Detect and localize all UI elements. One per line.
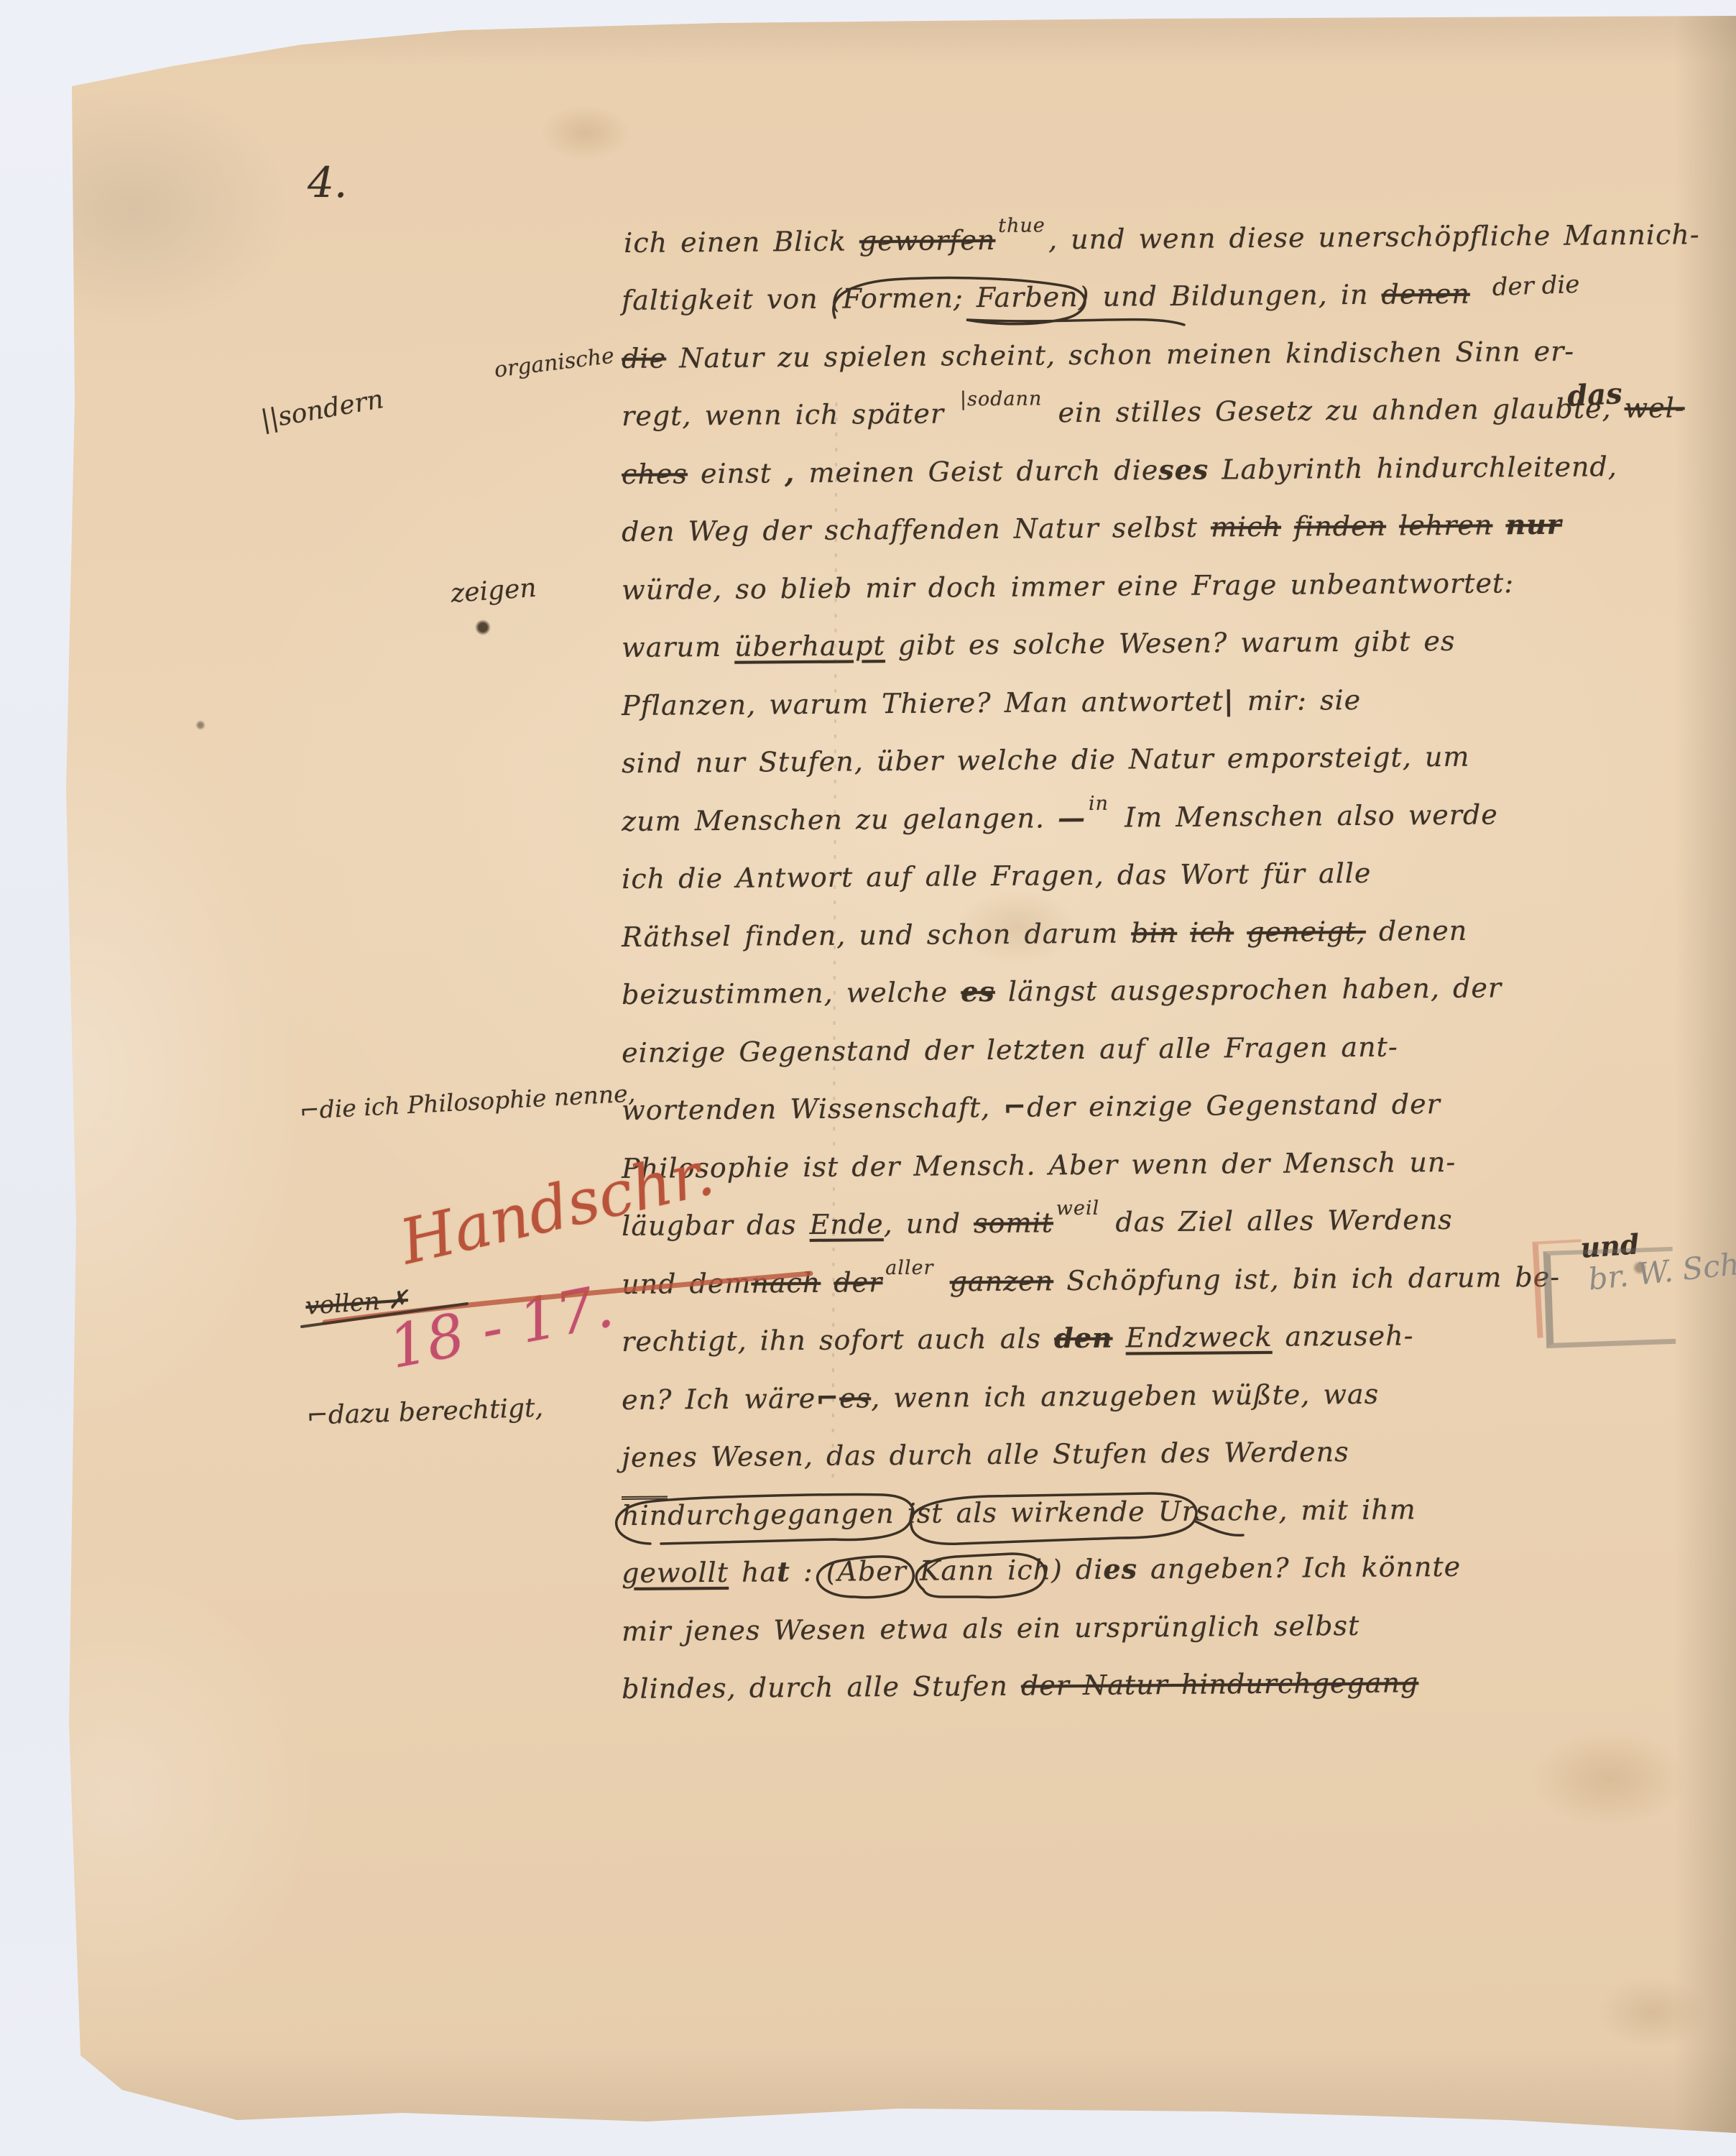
marked-text: hin (622, 1496, 668, 1531)
handwritten-text: den Weg der schaffenden Natur selbst (622, 512, 1211, 548)
handwritten-text (1281, 511, 1294, 543)
handwritten-text: sind nur Stufen, über welche die Natur e… (622, 741, 1470, 779)
manuscript-line-7: würde, so blieb mir doch immer eine Frag… (622, 564, 1514, 609)
struck-text: wel- (1624, 392, 1684, 424)
margin-insertion-zeigen: zeigen (450, 573, 537, 609)
handwritten-text (936, 1266, 949, 1297)
handwritten-text: Philosophie ist der Mensch. Aber wenn de… (622, 1146, 1456, 1184)
handwritten-text: regt, wenn ich später (622, 397, 957, 432)
manuscript-line-8: warum überhaupt gibt es solche Wesen? wa… (622, 622, 1456, 666)
manuscript-line-11: zum Menschen zu gelangen. —in Im Mensche… (622, 796, 1498, 844)
manuscript-line-26: blindes, durch alle Stufen der Natur hin… (622, 1664, 1419, 1708)
manuscript-line-5: ches einst , meinen Geist durch dieses L… (622, 448, 1617, 493)
interline-der-die: der die (1492, 270, 1580, 302)
handwritten-text: würde, so blieb mir doch immer eine Frag… (622, 567, 1514, 606)
struck-text: bin (1131, 917, 1177, 949)
handwritten-text: zum Menschen zu gelangen. (622, 802, 1058, 837)
page-number: 4. (308, 158, 347, 207)
handwritten-text: beizustimmen, welche (622, 976, 961, 1010)
handwritten-text: Im Menschen also werde (1112, 798, 1498, 833)
struck-text: die (622, 343, 666, 374)
manuscript-line-25: mir jenes Wesen etwa als ein ursprünglic… (622, 1607, 1360, 1650)
manuscript-line-24: gewollt hat : (Aber Kann ich) dies angeb… (622, 1548, 1461, 1592)
handwritten-text: , und (883, 1207, 974, 1240)
handwritten-text: längst ausgesprochen haben, der (995, 972, 1502, 1008)
overwritten-text: — (1058, 801, 1086, 834)
handwritten-text (1386, 510, 1399, 542)
manuscript-line-3: die Natur zu spielen scheint, schon mein… (622, 333, 1574, 377)
handwritten-text (1234, 916, 1247, 948)
interline-insertion: thue (998, 214, 1045, 237)
handwritten-text: ich einen Blick (624, 225, 859, 259)
handwritten-text: ha (729, 1556, 777, 1588)
handwritten-text: , und wenn diese unerschöpfliche Mannich… (1048, 218, 1700, 255)
handwritten-text: Schöpfung ist, bin ich darum be- (1053, 1261, 1560, 1297)
struck-text: mich (1211, 511, 1281, 543)
manuscript-line-17: Philosophie ist der Mensch. Aber wenn de… (622, 1143, 1456, 1187)
underlined-text: Endzweck (1125, 1321, 1272, 1354)
interline-insertion: weil (1056, 1197, 1100, 1220)
overwritten-text: ⌐ (1003, 1091, 1027, 1123)
handwritten-text (1112, 1322, 1125, 1353)
manuscript-line-16: wortenden Wissenschaft, ⌐der einzige Geg… (622, 1085, 1441, 1129)
handwritten-text: das Ziel alles Werdens (1102, 1204, 1453, 1238)
manuscript-line-19: und demnach deraller ganzen Schöpfung is… (622, 1258, 1560, 1307)
struck-text: der (834, 1266, 882, 1299)
struck-text: den (1054, 1322, 1113, 1355)
handwritten-text: durchgegangen ist als wirkende Ursache, … (668, 1493, 1416, 1531)
handwritten-text: Natur zu spielen scheint, schon meinen k… (666, 336, 1574, 374)
struck-text: ganzen (950, 1265, 1054, 1297)
manuscript-page (0, 0, 1736, 2156)
handwritten-text: : (Aber Kann ich) di (790, 1554, 1104, 1588)
handwritten-text: mir jenes Wesen etwa als ein ursprünglic… (622, 1610, 1359, 1647)
handwritten-text: einst (688, 457, 785, 489)
overwritten-text: ses (1158, 453, 1209, 487)
struck-text: somit (974, 1207, 1053, 1239)
paper-stains-and-shading (0, 0, 1736, 2156)
manuscript-line-12: ich die Antwort auf alle Fragen, das Wor… (622, 854, 1372, 898)
interline-das: das (1566, 377, 1623, 413)
interline-insertion: aller (885, 1257, 934, 1280)
handwritten-text: faltigkeit von (Formen; Farben) und Bild… (622, 279, 1382, 316)
underlined-text: Ende (809, 1208, 883, 1240)
struck-text: es (839, 1382, 871, 1414)
struck-text: geworfen (859, 224, 996, 257)
manuscript-line-15: einzige Gegenstand der letzten auf alle … (622, 1028, 1398, 1072)
handwritten-text: angeben? Ich könnte (1137, 1551, 1462, 1585)
manuscript-line-14: beizustimmen, welche es längst ausgespro… (622, 969, 1502, 1013)
overwritten-text: ⌐ (816, 1382, 839, 1414)
struck-text: der Natur hindurchgegang (1021, 1667, 1419, 1701)
underlined-text: gewollt (622, 1557, 729, 1589)
manuscript-line-2: faltigkeit von (Formen; Farben) und Bild… (622, 275, 1470, 319)
underlined-text: überhaupt (734, 630, 885, 663)
manuscript-line-23: hindurchgegangen ist als wirkende Ursach… (622, 1491, 1416, 1534)
handwritten-text: warum (622, 631, 734, 663)
manuscript-line-4: regt, wenn ich später |sodann ein stille… (622, 389, 1685, 438)
handwritten-text: Pflanzen, warum Thiere? Man antwortet (622, 685, 1224, 722)
handwritten-text: ich die Antwort auf alle Fragen, das Wor… (622, 857, 1372, 895)
manuscript-line-10: sind nur Stufen, über welche die Natur e… (622, 738, 1470, 782)
manuscript-line-9: Pflanzen, warum Thiere? Man antwortet| m… (622, 681, 1361, 724)
struck-text: nur (1505, 508, 1562, 541)
handwritten-text: rechtigt, ihn sofort auch als (622, 1322, 1054, 1358)
overwritten-text: t (777, 1555, 790, 1588)
struck-text: lehren (1399, 509, 1493, 541)
handwritten-text: Labyrinth hindurchleitend, (1209, 451, 1617, 485)
struck-text: denen (1381, 278, 1470, 310)
overwritten-text: , (785, 456, 809, 489)
struck-text: geneigt, (1247, 916, 1366, 948)
handwritten-text: einzige Gegenstand der letzten auf alle … (622, 1031, 1398, 1069)
handwritten-text: meinen Geist durch die (808, 454, 1158, 489)
handwritten-text: ein stilles Gesetz zu ahnden glaubte, (1045, 392, 1624, 428)
manuscript-line-13: Räthsel finden, und schon darum bin ich … (622, 912, 1467, 956)
struck-text: ches (622, 458, 688, 490)
struck-text: finden (1294, 510, 1386, 543)
manuscript-line-20: rechtigt, ihn sofort auch als den Endzwe… (622, 1317, 1414, 1360)
struck-text: nach (751, 1267, 821, 1299)
handwritten-text: denen (1366, 915, 1468, 947)
handwritten-text: en? Ich wäre (622, 1383, 816, 1416)
manuscript-line-21: en? Ich wäre⌐es, wenn ich anzugeben wüßt… (622, 1376, 1379, 1419)
struck-text: ich (1190, 916, 1234, 948)
overwritten-text: | (1224, 684, 1234, 717)
overwritten-text: es (1103, 1552, 1137, 1585)
scanned-manuscript: { "document": { "type": "handwritten man… (0, 0, 1736, 2156)
manuscript-line-6: den Weg der schaffenden Natur selbst mic… (622, 506, 1562, 550)
handwritten-text: mir: sie (1234, 684, 1362, 717)
handwritten-text: anzuseh- (1272, 1319, 1413, 1353)
handwritten-text: und dem (622, 1268, 752, 1300)
interline-insertion: in (1089, 793, 1109, 815)
manuscript-line-1: ich einen Blick geworfenthue, und wenn d… (624, 216, 1700, 265)
handwritten-text: Räthsel finden, und schon darum (622, 917, 1131, 953)
handwritten-text: , wenn ich anzugeben wüßte, was (871, 1378, 1379, 1414)
handwritten-text: gibt es solche Wesen? warum gibt es (885, 625, 1456, 661)
handwritten-text: der einzige Gegenstand der (1027, 1088, 1441, 1123)
handwritten-text: jenes Wesen, das durch alle Stufen des W… (622, 1436, 1349, 1473)
manuscript-line-18: läugbar das Ende, und somitweil das Ziel… (622, 1201, 1453, 1248)
pencil-bracket-mark (1543, 1247, 1676, 1348)
handwritten-text (821, 1267, 834, 1299)
interline-insertion: |sodann (960, 387, 1043, 410)
struck-text: es (961, 975, 995, 1008)
handwritten-text: blindes, durch alle Stufen (622, 1670, 1021, 1705)
handwritten-text (1177, 917, 1190, 949)
handwritten-text (1492, 509, 1505, 540)
handwritten-text: wortenden Wissenschaft, (622, 1092, 1003, 1126)
manuscript-line-22: jenes Wesen, das durch alle Stufen des W… (622, 1433, 1349, 1476)
